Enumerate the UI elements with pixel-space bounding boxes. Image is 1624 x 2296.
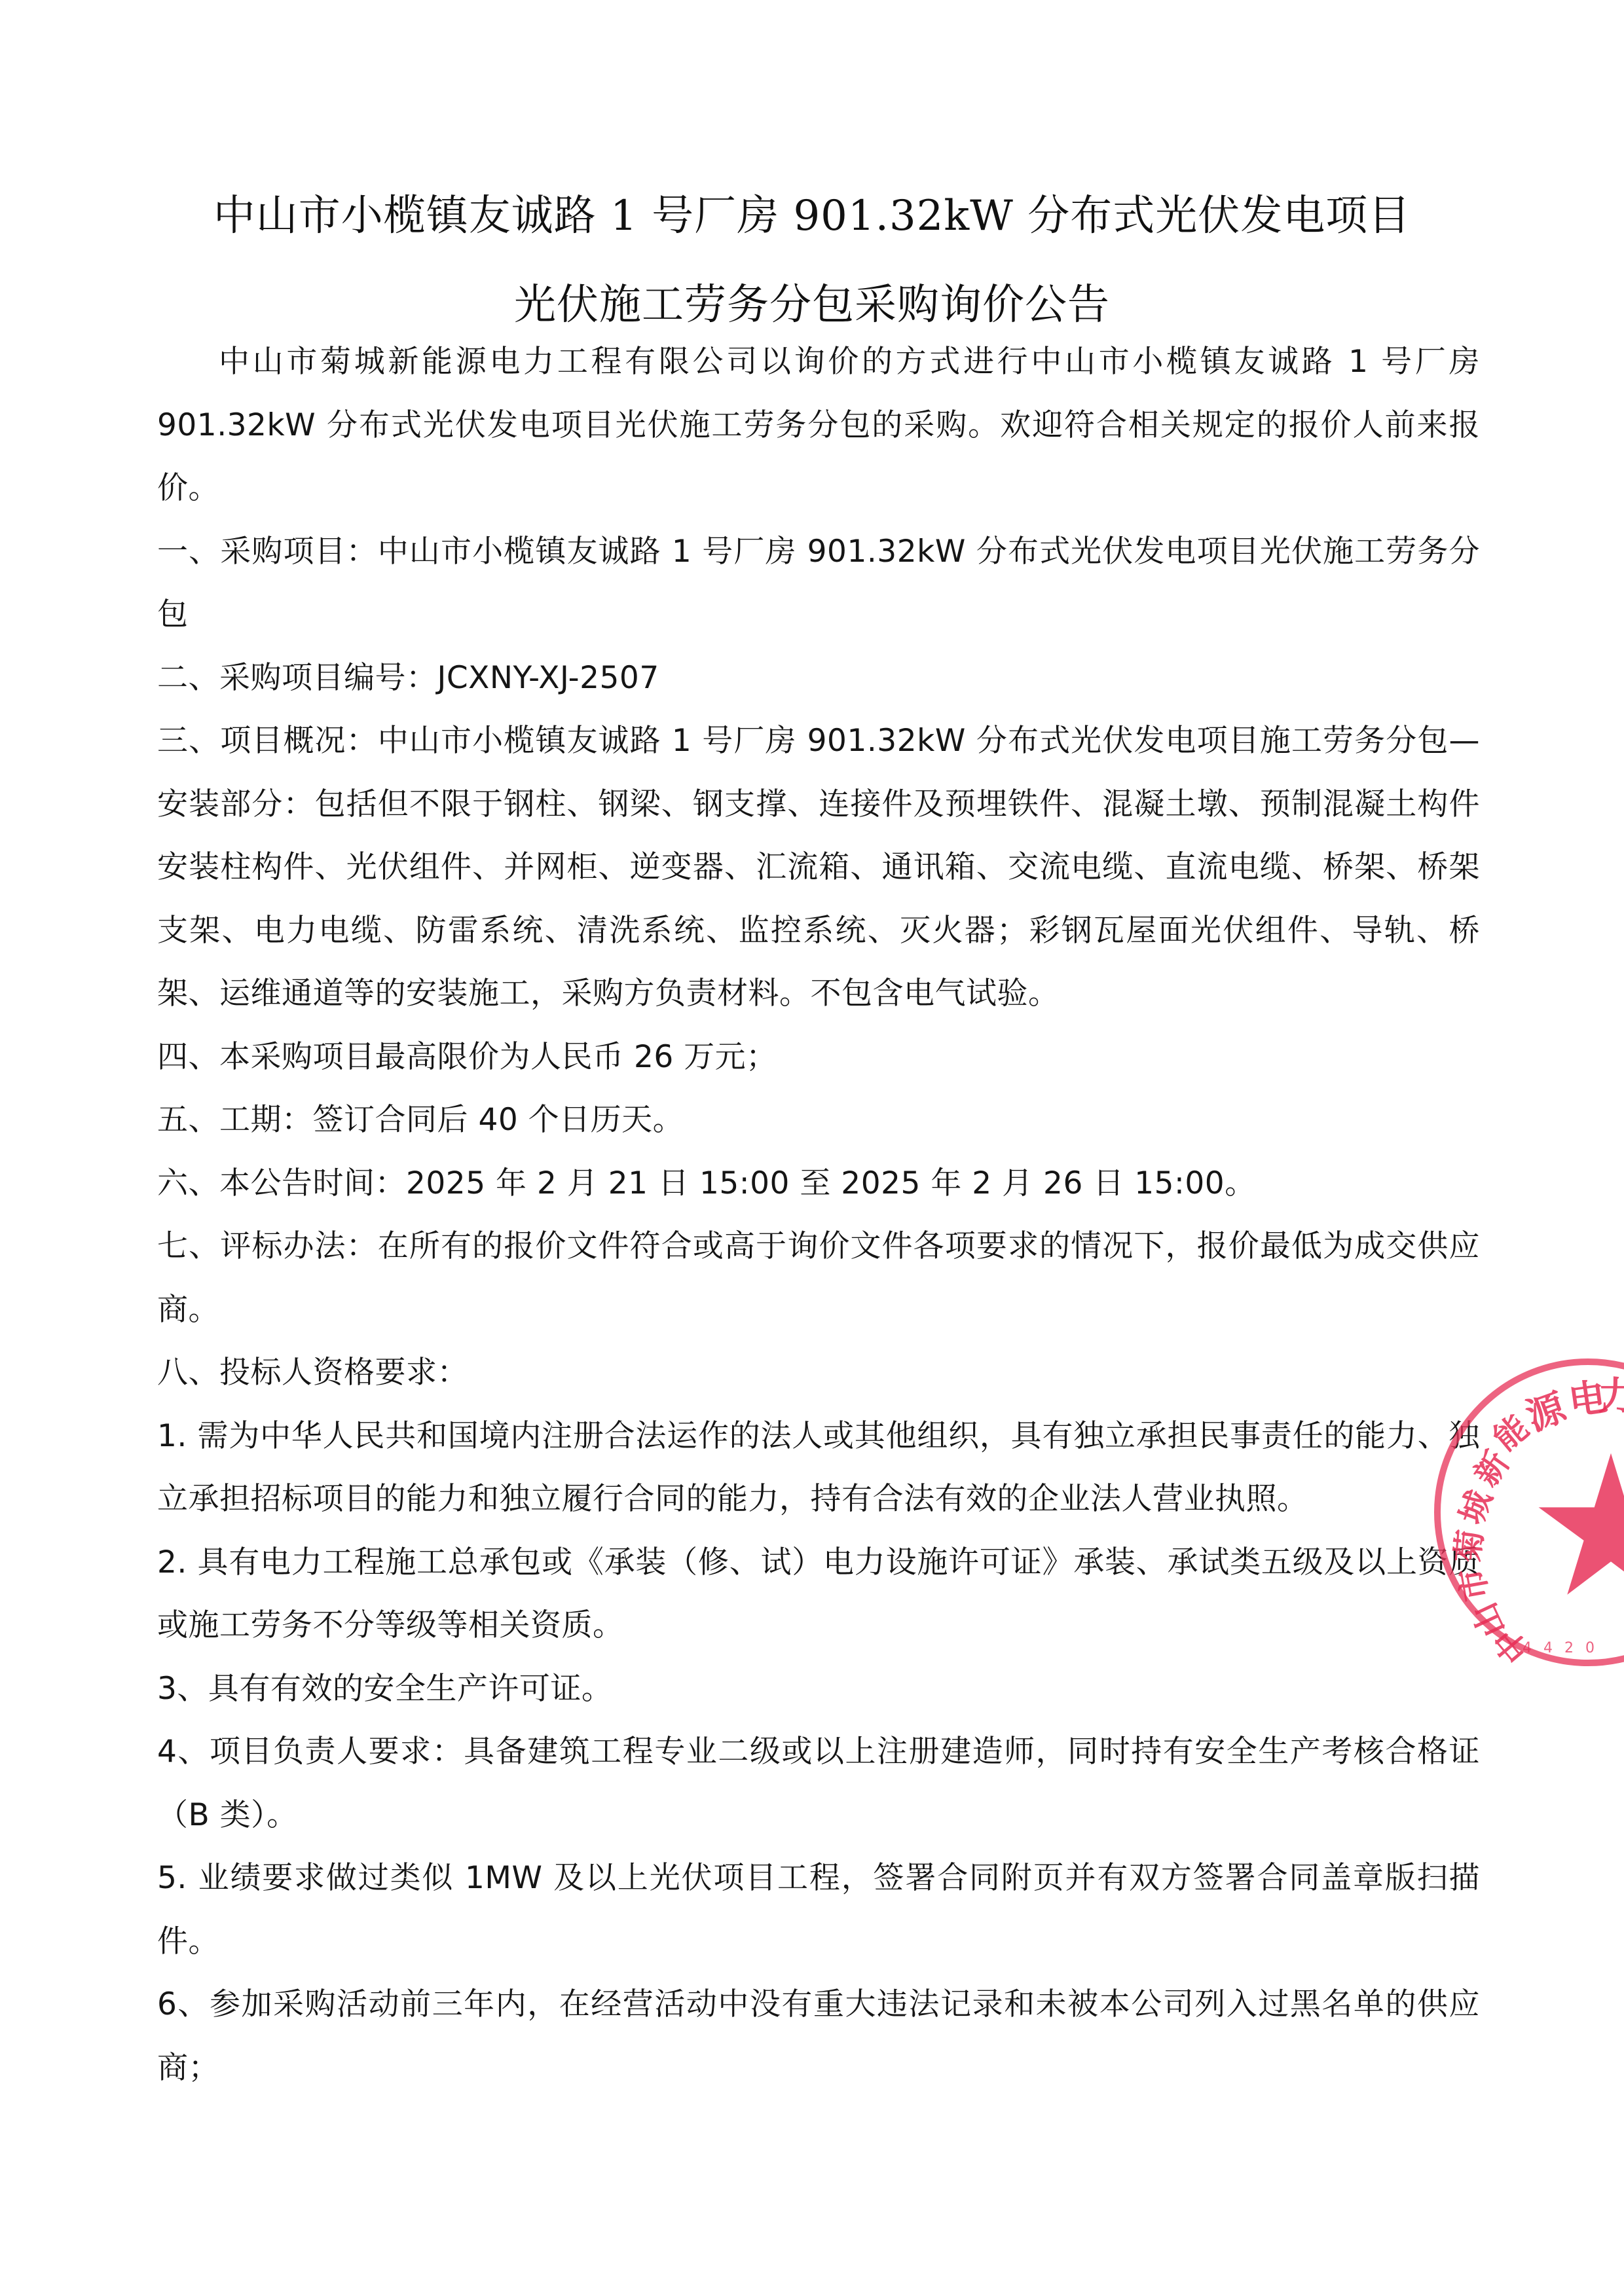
section-label: 五、工期： — [157, 1102, 313, 1138]
section-bidder-qualifications: 八、投标人资格要求： — [157, 1341, 1480, 1405]
requirement-item-1: 1. 需为中华人民共和国境内注册合法运作的法人或其他组织，具有独立承担民事责任的… — [157, 1405, 1480, 1531]
section-label: 八、投标人资格要求： — [157, 1355, 468, 1391]
section-project-overview: 三、项目概况：中山市小榄镇友诚路 1 号厂房 901.32kW 分布式光伏发电项… — [157, 710, 1480, 1026]
section-label: 二、采购项目编号： — [157, 660, 437, 696]
section-price-limit: 四、本采购项目最高限价为人民币 26 万元； — [157, 1026, 1480, 1089]
section-duration: 五、工期：签订合同后 40 个日历天。 — [157, 1089, 1480, 1152]
requirement-item-6: 6、参加采购活动前三年内，在经营活动中没有重大违法记录和未被本公司列入过黑名单的… — [157, 1973, 1480, 2100]
section-label: 七、评标办法： — [157, 1228, 378, 1264]
section-text: 2025 年 2 月 21 日 15:00 至 2025 年 2 月 26 日 … — [406, 1165, 1256, 1201]
intro-paragraph: 中山市菊城新能源电力工程有限公司以询价的方式进行中山市小榄镇友诚路 1 号厂房 … — [157, 331, 1480, 520]
seal-digits: 4420 — [1522, 1640, 1606, 1656]
section-project-number: 二、采购项目编号：JCXNY-XJ-2507 — [157, 647, 1480, 710]
section-text: 中山市小榄镇友诚路 1 号厂房 901.32kW 分布式光伏发电项目施工劳务分包… — [157, 723, 1480, 1011]
section-text: 本采购项目最高限价为人民币 26 万元； — [219, 1039, 777, 1075]
document-body: 中山市菊城新能源电力工程有限公司以询价的方式进行中山市小榄镇友诚路 1 号厂房 … — [157, 331, 1480, 2100]
document-title: 中山市小榄镇友诚路 1 号厂房 901.32kW 分布式光伏发电项目 光伏施工劳… — [0, 172, 1624, 350]
seal-char: 源 — [1517, 1377, 1572, 1442]
requirement-item-3: 3、具有有效的安全生产许可证。 — [157, 1658, 1480, 1721]
requirement-item-4: 4、项目负责人要求：具备建筑工程专业二级或以上注册建造师，同时持有安全生产考核合… — [157, 1721, 1480, 1847]
requirement-item-5: 5. 业绩要求做过类似 1MW 及以上光伏项目工程，签署合同附页并有双方签署合同… — [157, 1847, 1480, 1973]
section-text: 签订合同后 40 个日历天。 — [313, 1102, 684, 1138]
requirement-item-2: 2. 具有电力工程施工总承包或《承装（修、试）电力设施许可证》承装、承试类五级及… — [157, 1531, 1480, 1658]
section-label: 六、本公告时间： — [157, 1165, 406, 1201]
section-procurement-item: 一、采购项目：中山市小榄镇友诚路 1 号厂房 901.32kW 分布式光伏发电项… — [157, 520, 1480, 647]
section-text: JCXNY-XJ-2507 — [437, 660, 659, 696]
title-line-1: 中山市小榄镇友诚路 1 号厂房 901.32kW 分布式光伏发电项目 — [0, 172, 1624, 261]
seal-char: 中 — [1481, 1620, 1538, 1675]
section-evaluation-method: 七、评标办法：在所有的报价文件符合或高于询价文件各项要求的情况下，报价最低为成交… — [157, 1215, 1480, 1341]
seal-char: 能 — [1482, 1402, 1538, 1459]
star-icon — [1536, 1450, 1624, 1601]
section-label: 四、 — [157, 1039, 219, 1075]
seal-char: 电 — [1564, 1366, 1610, 1425]
section-announcement-time: 六、本公告时间：2025 年 2 月 21 日 15:00 至 2025 年 2… — [157, 1152, 1480, 1216]
section-label: 三、项目概况： — [157, 723, 378, 759]
seal-char: 力 — [1598, 1365, 1624, 1420]
document-page: 中山市小榄镇友诚路 1 号厂房 901.32kW 分布式光伏发电项目 光伏施工劳… — [0, 0, 1624, 2296]
section-label: 一、采购项目： — [157, 534, 378, 570]
